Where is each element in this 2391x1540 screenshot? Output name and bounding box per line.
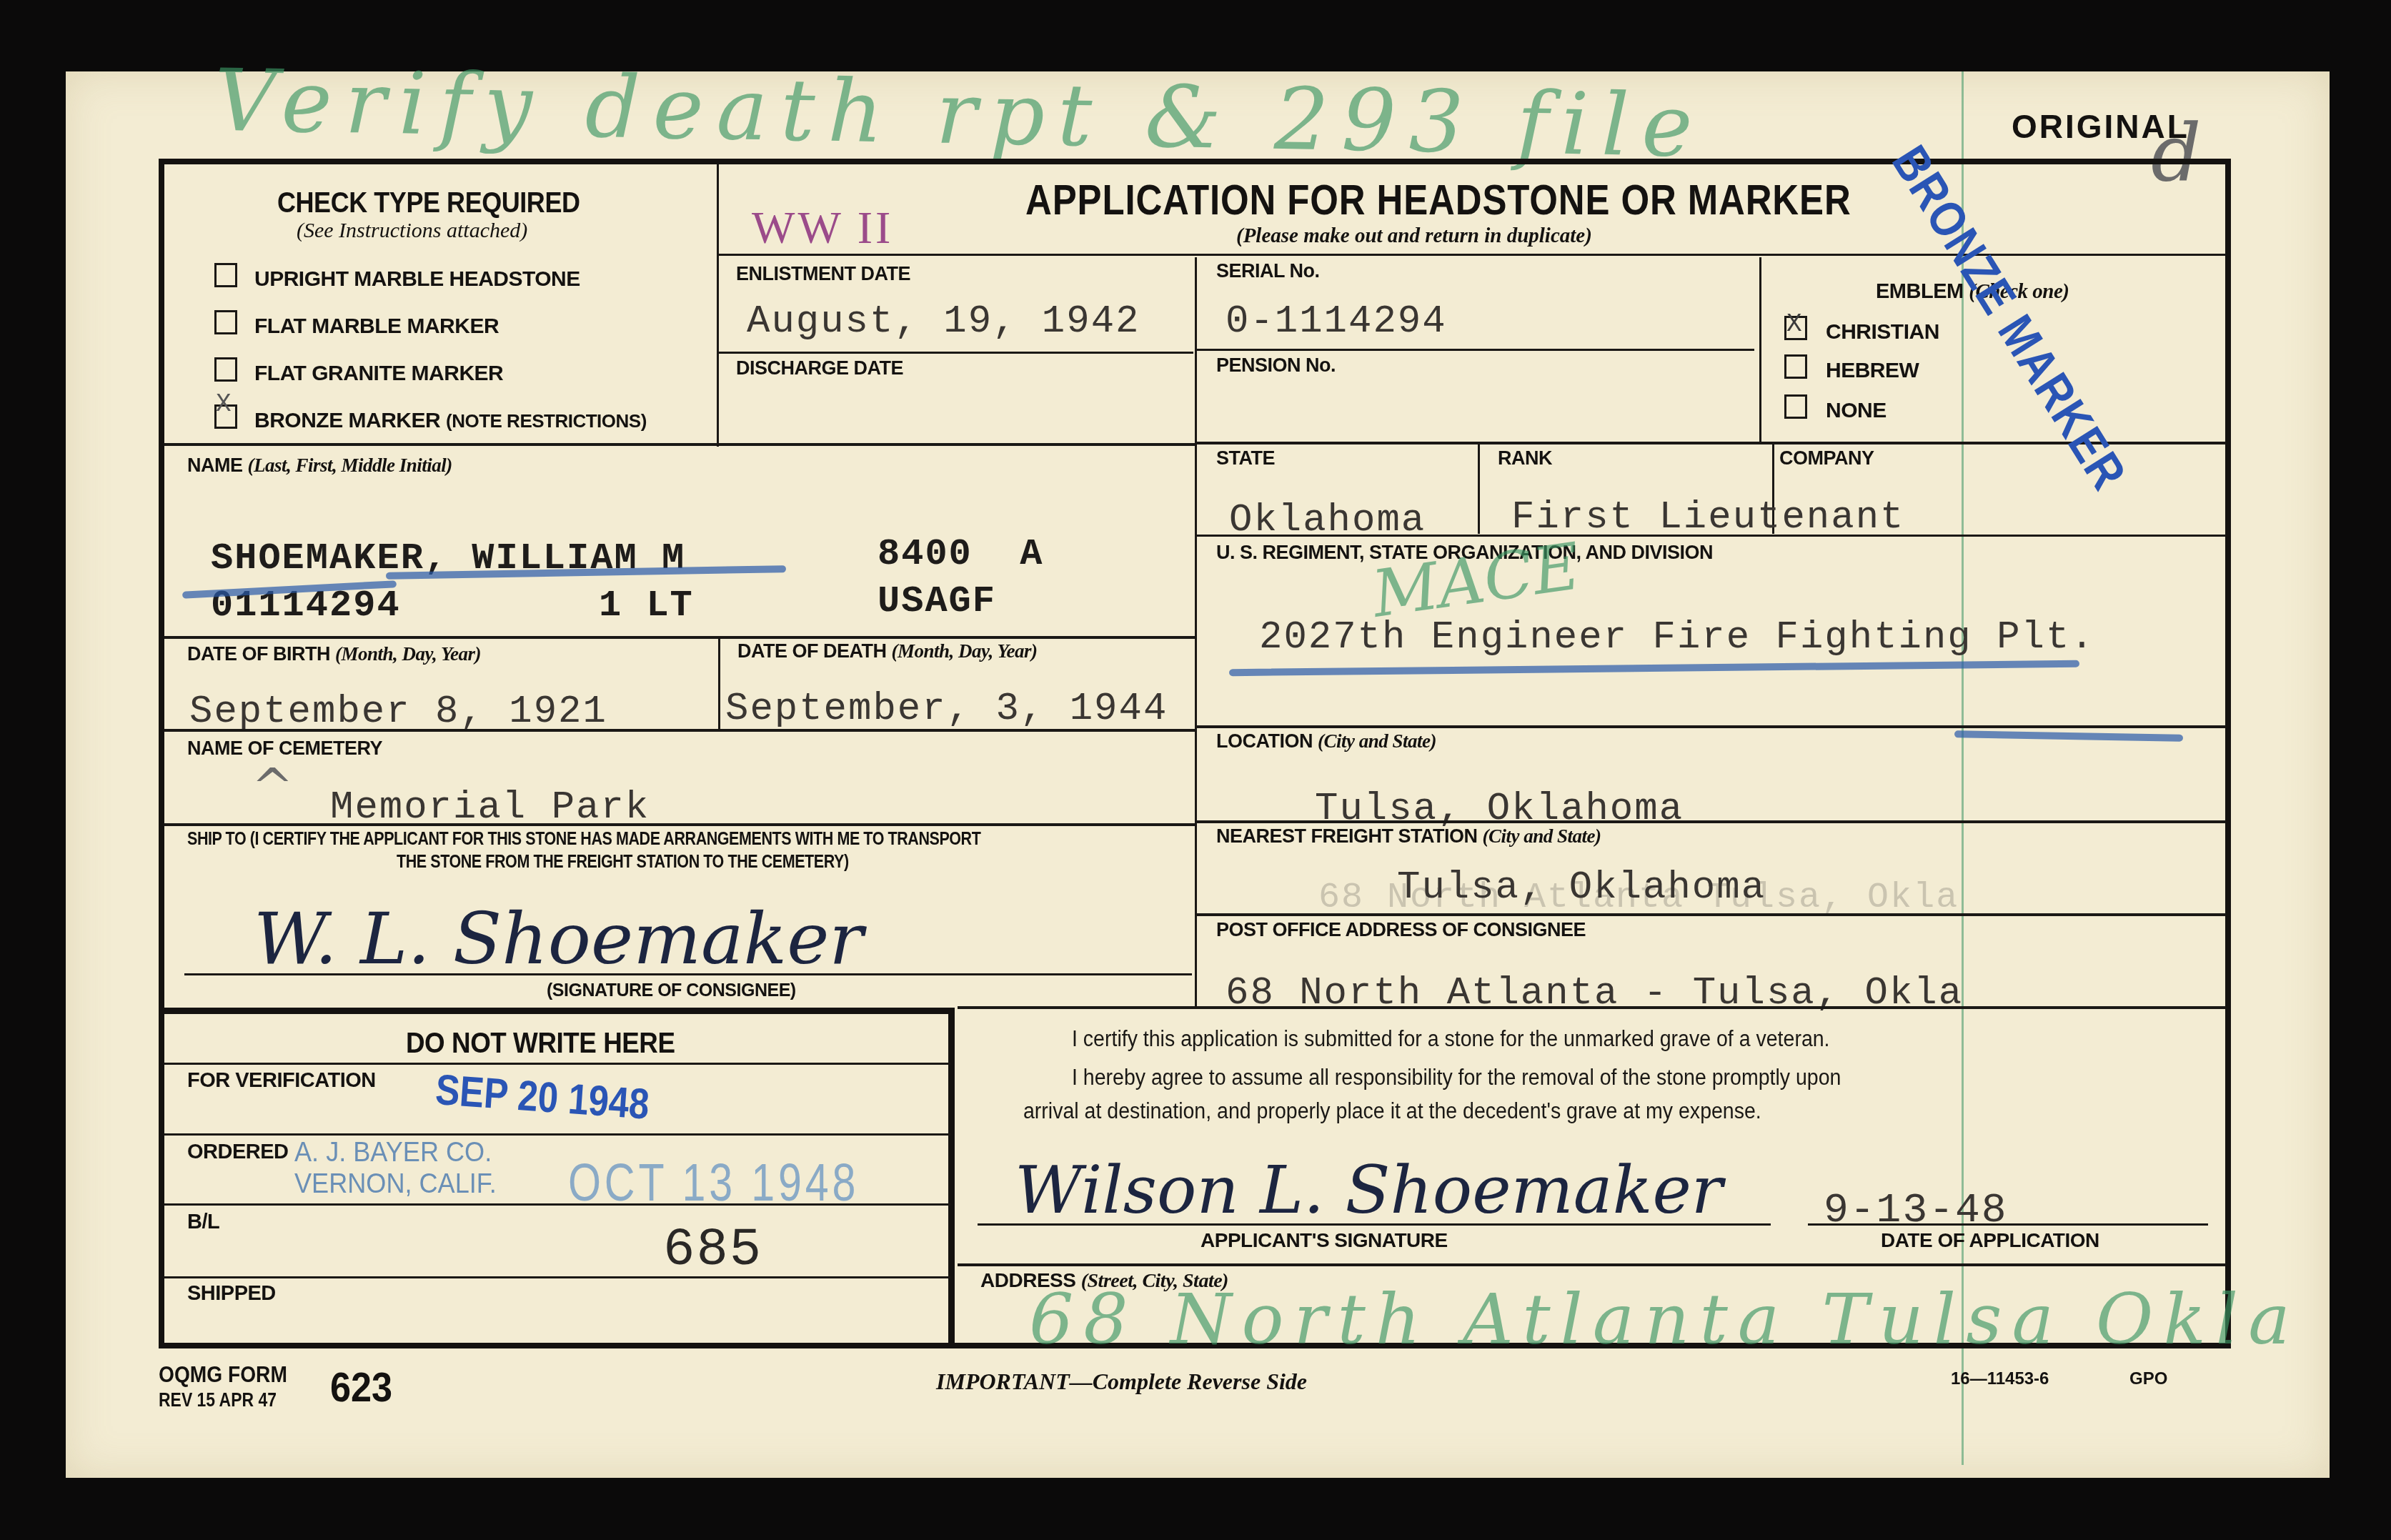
divider-dob-row <box>164 636 1195 639</box>
birth-label-text: DATE OF BIRTH <box>187 643 330 665</box>
ww2-stamp: WW II <box>752 202 893 254</box>
document-title: APPLICATION FOR HEADSTONE OR MARKER <box>1025 175 1851 224</box>
check-mark-x: X <box>216 392 232 417</box>
divider-left-right <box>1195 647 1197 1008</box>
bl-value: 685 <box>663 1221 762 1281</box>
shipped-label: SHIPPED <box>187 1282 276 1306</box>
freight-label-text: NEAREST FREIGHT STATION <box>1216 825 1478 847</box>
emblem-christian-label: CHRISTIAN <box>1826 320 1939 344</box>
location-label: LOCATION (City and State) <box>1216 730 1436 752</box>
divider-consignee-sig <box>184 973 1192 975</box>
printer-gpo: GPO <box>2129 1369 2167 1389</box>
regiment-value[interactable]: 2027th Engineer Fire Fighting Plt. <box>1259 616 2095 660</box>
enlistment-date-label: ENLISTMENT DATE <box>736 263 910 285</box>
consignee-signature-label: (SIGNATURE OF CONSIGNEE) <box>547 980 796 1001</box>
name-line1-right: 8400 A <box>878 533 1043 575</box>
name-hint: (Last, First, Middle Initial) <box>248 454 452 476</box>
consignee-signature[interactable]: W. L. Shoemaker <box>254 897 863 980</box>
location-value[interactable]: Tulsa, Oklahoma <box>1315 788 1684 831</box>
check-type-heading: CHECK TYPE REQUIRED <box>277 187 580 219</box>
option-bronze-marker-note: (NOTE RESTRICTIONS) <box>446 410 647 432</box>
emblem-none-label: NONE <box>1826 399 1887 423</box>
cemetery-pencil-caret: ^ <box>252 757 294 816</box>
print-code: 16—11453-6 <box>1951 1369 2049 1389</box>
death-value[interactable]: September, 3, 1944 <box>725 687 1168 731</box>
divider-applicant-sig <box>978 1223 1771 1226</box>
divider-freight <box>1197 820 2226 823</box>
emblem-label-text: EMBLEM <box>1876 280 1964 303</box>
birth-hint: (Month, Day, Year) <box>335 643 481 665</box>
freight-station-value[interactable]: Tulsa, Oklahoma <box>1397 866 1766 910</box>
checkbox-flat-marble[interactable] <box>214 310 237 334</box>
name-label-text: NAME <box>187 454 243 476</box>
serial-no-label: SERIAL No. <box>1216 260 1320 282</box>
application-date-value[interactable]: 9-13-48 <box>1824 1188 2008 1234</box>
divider-rank <box>1478 444 1480 534</box>
freight-hint: (City and State) <box>1483 825 1601 847</box>
option-flat-marble-label: FLAT MARBLE MARKER <box>254 314 499 339</box>
divider-office-use <box>958 1006 2226 1009</box>
document-subtitle: (Please make out and return in duplicate… <box>1236 224 1592 248</box>
death-label-text: DATE OF DEATH <box>737 640 887 662</box>
option-upright-marble-label: UPRIGHT MARBLE HEADSTONE <box>254 267 580 292</box>
divider-regiment <box>1197 535 2226 537</box>
certification-line2: I hereby agree to assume all responsibil… <box>1072 1065 1841 1091</box>
ship-to-certify-line1: (I CERTIFY THE APPLICANT FOR THIS STONE … <box>250 829 981 849</box>
location-label-text: LOCATION <box>1216 730 1313 752</box>
important-notice: IMPORTANT—Complete Reverse Side <box>936 1368 1307 1395</box>
serial-no-value[interactable]: 0-1114294 <box>1226 300 1447 344</box>
option-flat-granite-label: FLAT GRANITE MARKER <box>254 362 503 386</box>
option-bronze-marker-text: BRONZE MARKER <box>254 409 440 432</box>
checkbox-flat-granite[interactable] <box>214 357 237 382</box>
divider-ship-to <box>164 823 1195 826</box>
applicant-signature-label: APPLICANT'S SIGNATURE <box>1201 1229 1448 1252</box>
divider-dod <box>718 637 720 729</box>
ordered-company-line2: VERNON, CALIF. <box>294 1169 497 1200</box>
divider-shipped <box>164 1276 950 1278</box>
cemetery-label: NAME OF CEMETERY <box>187 737 382 760</box>
checkbox-upright-marble[interactable] <box>214 263 237 287</box>
rank-label: RANK <box>1498 447 1552 470</box>
certification-line3: arrival at destination, and properly pla… <box>1023 1098 1761 1124</box>
divider-po-address <box>1197 913 2226 916</box>
divider-location <box>1197 725 2226 728</box>
death-label: DATE OF DEATH (Month, Day, Year) <box>737 640 1038 662</box>
ship-to-label: SHIP TO (I CERTIFY THE APPLICANT FOR THI… <box>187 829 980 850</box>
birth-value[interactable]: September 8, 1921 <box>189 690 607 734</box>
check-type-subheading: (See Instructions attached) <box>297 219 527 243</box>
freight-label: NEAREST FREIGHT STATION (City and State) <box>1216 825 1601 848</box>
ordered-label: ORDERED <box>187 1141 289 1164</box>
discharge-date-label: DISCHARGE DATE <box>736 357 903 379</box>
form-id-line2: REV 15 APR 47 <box>159 1389 277 1411</box>
option-bronze-marker-label: BRONZE MARKER (NOTE RESTRICTIONS) <box>254 409 647 433</box>
name-unit: USAGF <box>878 580 996 622</box>
death-hint: (Month, Day, Year) <box>892 640 1038 662</box>
divider-ordered <box>164 1133 950 1136</box>
name-rank: 1 LT <box>599 585 694 627</box>
divider-name-row <box>164 443 1195 446</box>
pension-no-label: PENSION No. <box>1216 354 1336 377</box>
divider-serial-row <box>1197 349 1754 351</box>
divider-bl <box>164 1203 950 1206</box>
location-hint: (City and State) <box>1318 730 1436 752</box>
divider-verification <box>164 1063 950 1065</box>
applicant-signature[interactable]: Wilson L. Shoemaker <box>1015 1152 1723 1228</box>
divider-cemetery <box>164 729 1195 732</box>
divider-emblem <box>1759 257 1761 443</box>
enlistment-date-value[interactable]: August, 19, 1942 <box>747 300 1140 344</box>
check-mark-christian: X <box>1786 312 1802 337</box>
application-date-label: DATE OF APPLICATION <box>1881 1229 2099 1252</box>
divider-checktype <box>717 164 719 447</box>
ship-to-certify-line2: THE STONE FROM THE FREIGHT STATION TO TH… <box>397 852 849 873</box>
birth-label: DATE OF BIRTH (Month, Day, Year) <box>187 643 481 665</box>
ordered-company-line1: A. J. BAYER CO. <box>294 1138 492 1168</box>
name-label: NAME (Last, First, Middle Initial) <box>187 454 452 477</box>
certification-line1: I certify this application is submitted … <box>1072 1026 1830 1052</box>
divider-enlistment <box>718 352 1193 354</box>
form-id-line1: OQMG FORM <box>159 1361 287 1388</box>
verification-label: FOR VERIFICATION <box>187 1069 376 1093</box>
divider-serial <box>1195 257 1197 647</box>
bl-label: B/L <box>187 1211 219 1234</box>
state-label: STATE <box>1216 447 1275 470</box>
form-number: 623 <box>330 1363 392 1411</box>
divider-address <box>958 1263 2226 1266</box>
office-use-heading: DO NOT WRITE HERE <box>406 1028 675 1060</box>
po-address-label: POST OFFICE ADDRESS OF CONSIGNEE <box>1216 919 1586 941</box>
checkbox-none[interactable] <box>1784 394 1807 419</box>
checkbox-hebrew[interactable] <box>1784 354 1807 379</box>
ship-to-label-text: SHIP TO <box>187 829 246 849</box>
emblem-hebrew-label: HEBREW <box>1826 359 1919 383</box>
company-label: COMPANY <box>1779 447 1874 470</box>
divider-application-date <box>1808 1223 2208 1226</box>
address-handwritten[interactable]: 68 North Atlanta Tulsa Okla <box>1029 1279 2300 1361</box>
